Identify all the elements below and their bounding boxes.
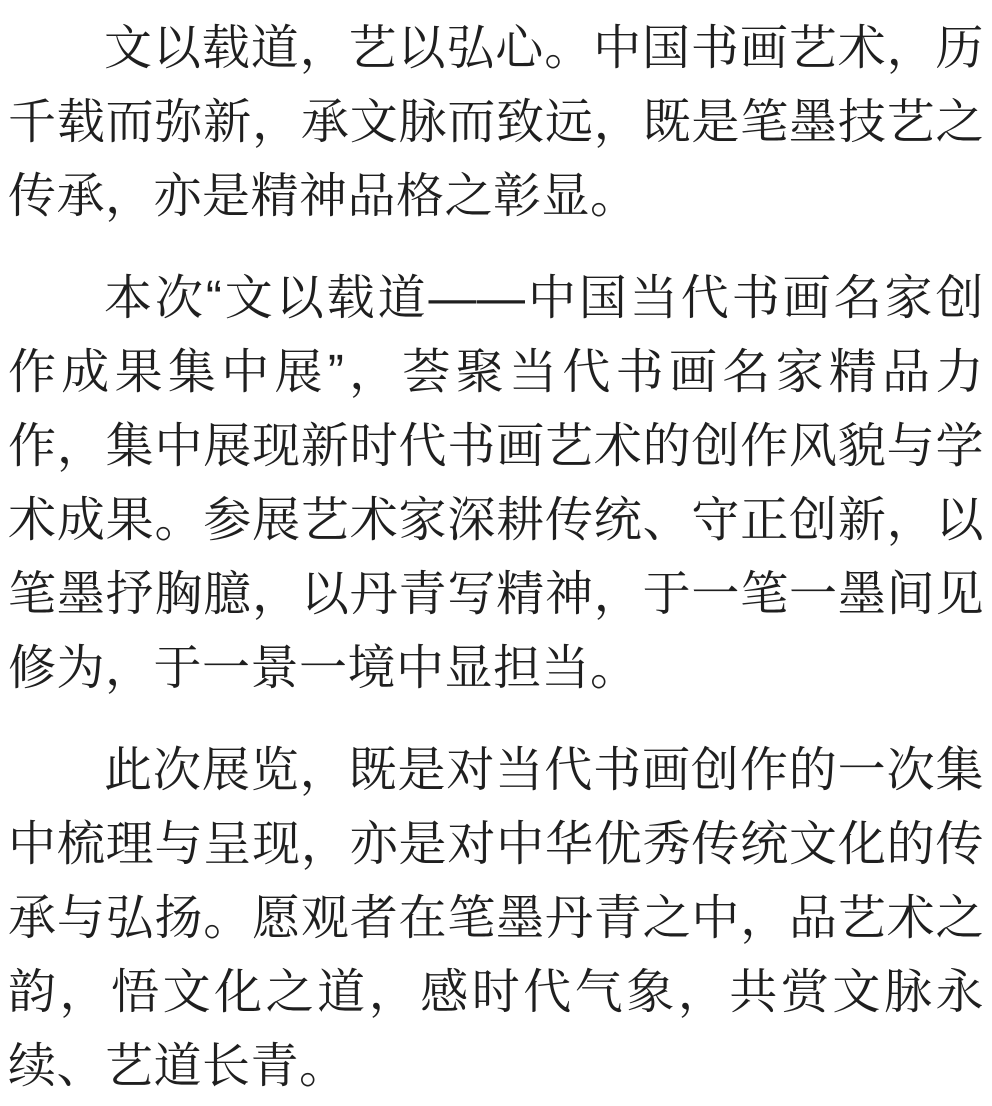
paragraph-intro: 文以载道，艺以弘心。中国书画艺术，历千载而弥新，承文脉而致远，既是笔墨技艺之传承… xyxy=(8,12,984,234)
document-page: 文以载道，艺以弘心。中国书画艺术，历千载而弥新，承文脉而致远，既是笔墨技艺之传承… xyxy=(0,0,992,1106)
paragraph-exhibition-overview: 本次“文以载道——中国当代书画名家创作成果集中展”，荟聚当代书画名家精品力作，集… xyxy=(8,262,984,706)
paragraph-closing: 此次展览，既是对当代书画创作的一次集中梳理与呈现，亦是对中华优秀传统文化的传承与… xyxy=(8,734,984,1104)
